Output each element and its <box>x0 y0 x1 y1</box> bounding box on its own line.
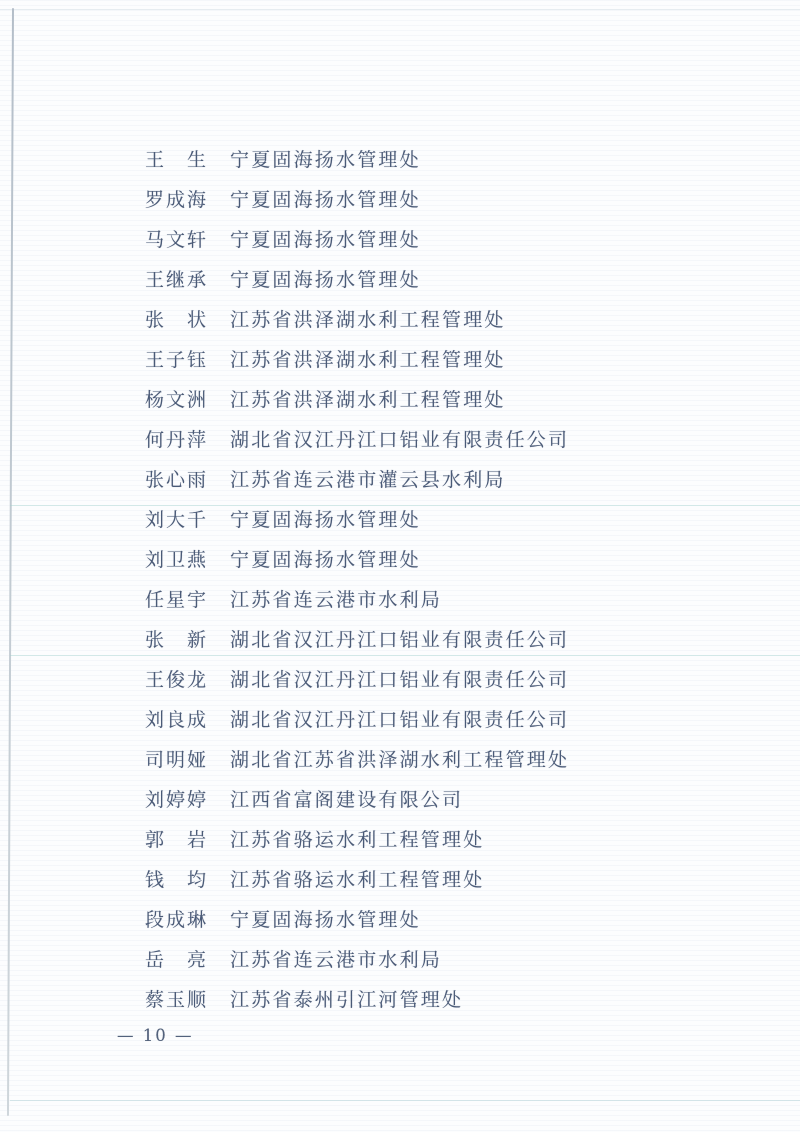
organization-name: 江苏省洪泽湖水利工程管理处 <box>230 345 506 372</box>
person-name: 杨文洲 <box>145 385 211 412</box>
organization-name: 宁夏固海扬水管理处 <box>230 265 421 292</box>
person-name: 钱 均 <box>145 865 211 892</box>
organization-name: 江苏省连云港市水利局 <box>230 585 442 612</box>
document-page: 王 生 宁夏固海扬水管理处 罗成海 宁夏固海扬水管理处 马文轩 宁夏固海扬水管理… <box>0 0 800 1132</box>
organization-name: 宁夏固海扬水管理处 <box>230 545 421 572</box>
organization-name: 宁夏固海扬水管理处 <box>230 185 421 212</box>
person-name: 刘卫燕 <box>145 545 211 572</box>
organization-name: 江苏省连云港市水利局 <box>230 945 442 972</box>
organization-name: 湖北省汉江丹江口铝业有限责任公司 <box>230 625 569 652</box>
person-name: 罗成海 <box>145 185 211 212</box>
scan-artifact-line <box>10 1100 800 1101</box>
person-name: 刘婷婷 <box>145 785 211 812</box>
person-name: 段成琳 <box>145 905 211 932</box>
organization-name: 湖北省汉江丹江口铝业有限责任公司 <box>230 425 569 452</box>
page-number-label: — 10 — <box>117 1026 194 1045</box>
list-item: 刘良成 湖北省汉江丹江口铝业有限责任公司 <box>145 698 569 738</box>
person-name: 张心雨 <box>145 465 211 492</box>
list-item: 马文轩 宁夏固海扬水管理处 <box>145 218 569 258</box>
list-item: 王继承 宁夏固海扬水管理处 <box>145 258 569 298</box>
person-name: 张 新 <box>145 625 211 652</box>
person-name: 郭 岩 <box>145 825 211 852</box>
list-item: 王子钰 江苏省洪泽湖水利工程管理处 <box>145 338 569 378</box>
person-name: 任星宇 <box>145 585 211 612</box>
list-item: 王 生 宁夏固海扬水管理处 <box>145 138 569 178</box>
list-item: 杨文洲 江苏省洪泽湖水利工程管理处 <box>145 378 569 418</box>
organization-name: 江苏省骆运水利工程管理处 <box>230 825 484 852</box>
organization-name: 江苏省连云港市灌云县水利局 <box>230 465 506 492</box>
list-item: 蔡玉顺 江苏省泰州引江河管理处 <box>145 978 569 1018</box>
page-left-edge <box>7 8 14 1116</box>
person-name: 王 生 <box>145 145 211 172</box>
list-item: 司明娅 湖北省江苏省洪泽湖水利工程管理处 <box>145 738 569 778</box>
organization-name: 江苏省洪泽湖水利工程管理处 <box>230 385 506 412</box>
list-item: 张心雨 江苏省连云港市灌云县水利局 <box>145 458 569 498</box>
person-name: 马文轩 <box>145 225 211 252</box>
name-org-list: 王 生 宁夏固海扬水管理处 罗成海 宁夏固海扬水管理处 马文轩 宁夏固海扬水管理… <box>145 138 569 1018</box>
organization-name: 江苏省骆运水利工程管理处 <box>230 865 484 892</box>
list-item: 刘卫燕 宁夏固海扬水管理处 <box>145 538 569 578</box>
list-item: 刘婷婷 江西省富阁建设有限公司 <box>145 778 569 818</box>
organization-name: 江苏省泰州引江河管理处 <box>230 985 463 1012</box>
list-item: 张 状 江苏省洪泽湖水利工程管理处 <box>145 298 569 338</box>
person-name: 刘良成 <box>145 705 211 732</box>
person-name: 王子钰 <box>145 345 211 372</box>
list-item: 任星宇 江苏省连云港市水利局 <box>145 578 569 618</box>
organization-name: 宁夏固海扬水管理处 <box>230 145 421 172</box>
list-item: 刘大千 宁夏固海扬水管理处 <box>145 498 569 538</box>
organization-name: 湖北省江苏省洪泽湖水利工程管理处 <box>230 745 569 772</box>
organization-name: 湖北省汉江丹江口铝业有限责任公司 <box>230 705 569 732</box>
person-name: 王继承 <box>145 265 211 292</box>
person-name: 何丹萍 <box>145 425 211 452</box>
list-item: 段成琳 宁夏固海扬水管理处 <box>145 898 569 938</box>
organization-name: 宁夏固海扬水管理处 <box>230 905 421 932</box>
person-name: 刘大千 <box>145 505 211 532</box>
paper-top-edge <box>0 9 800 10</box>
person-name: 张 状 <box>145 305 211 332</box>
organization-name: 江西省富阁建设有限公司 <box>230 785 463 812</box>
organization-name: 宁夏固海扬水管理处 <box>230 225 421 252</box>
person-name: 司明娅 <box>145 745 211 772</box>
organization-name: 江苏省洪泽湖水利工程管理处 <box>230 305 506 332</box>
list-item: 何丹萍 湖北省汉江丹江口铝业有限责任公司 <box>145 418 569 458</box>
list-item: 张 新 湖北省汉江丹江口铝业有限责任公司 <box>145 618 569 658</box>
list-item: 王俊龙 湖北省汉江丹江口铝业有限责任公司 <box>145 658 569 698</box>
list-item: 钱 均 江苏省骆运水利工程管理处 <box>145 858 569 898</box>
list-item: 岳 亮 江苏省连云港市水利局 <box>145 938 569 978</box>
organization-name: 湖北省汉江丹江口铝业有限责任公司 <box>230 665 569 692</box>
list-item: 罗成海 宁夏固海扬水管理处 <box>145 178 569 218</box>
person-name: 岳 亮 <box>145 945 211 972</box>
list-item: 郭 岩 江苏省骆运水利工程管理处 <box>145 818 569 858</box>
person-name: 蔡玉顺 <box>145 985 211 1012</box>
organization-name: 宁夏固海扬水管理处 <box>230 505 421 532</box>
person-name: 王俊龙 <box>145 665 211 692</box>
page-number: — 10 — <box>117 1026 194 1045</box>
